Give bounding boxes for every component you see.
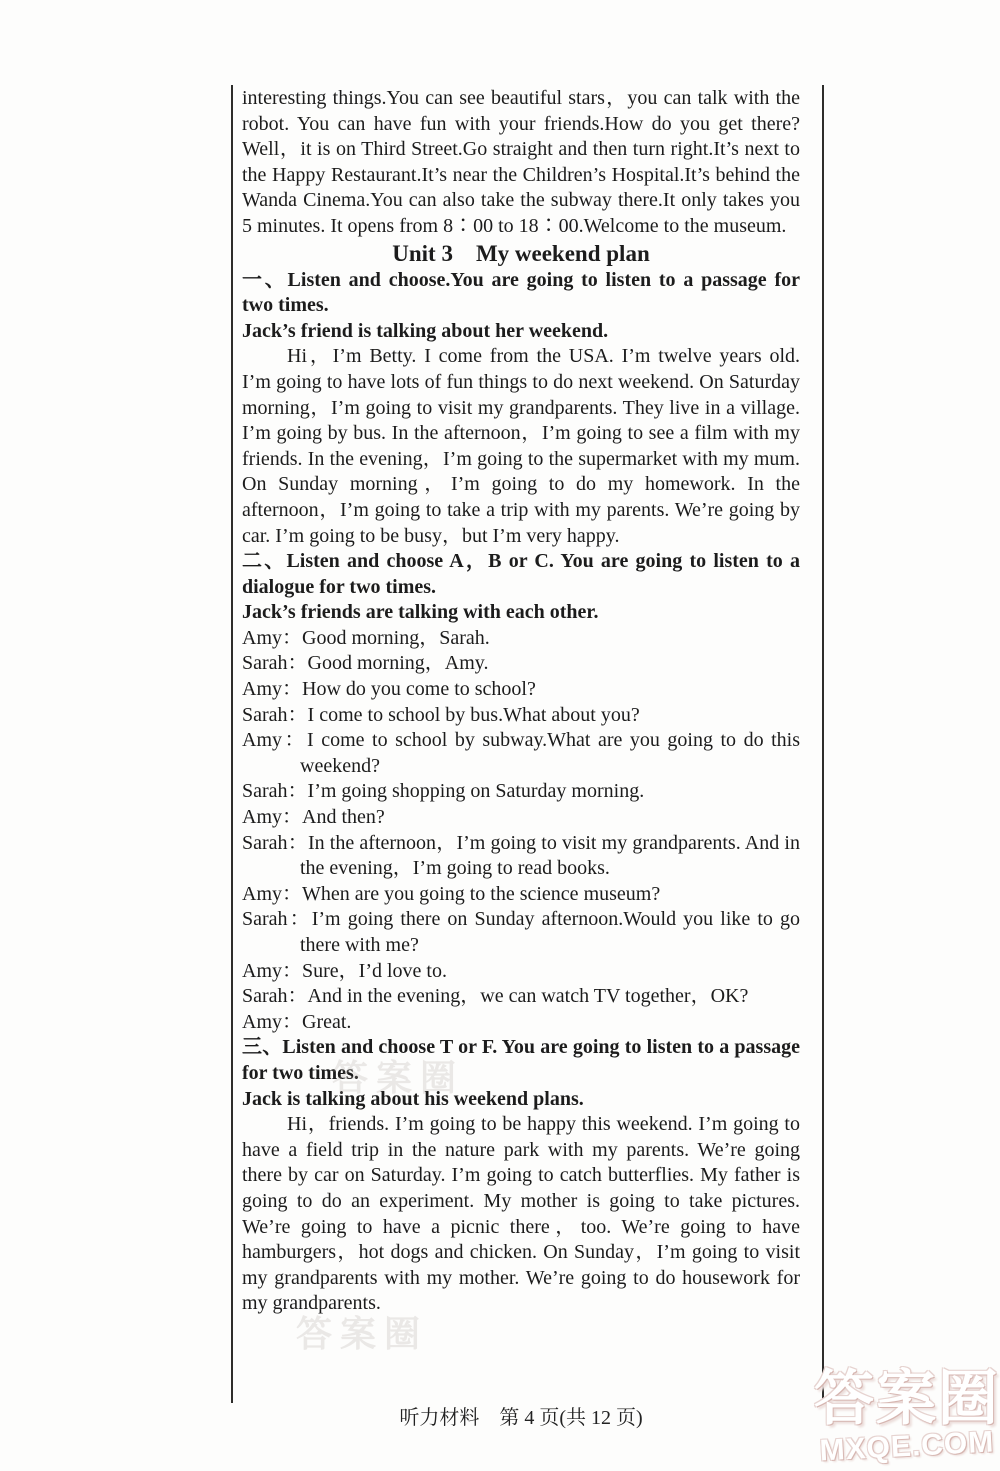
dialogue-text: I come to school by bus.What about you? — [308, 704, 640, 726]
dialogue-speaker: Sarah： — [242, 652, 308, 674]
section1-context: Jack’s friend is talking about her weeke… — [242, 319, 800, 345]
watermark-site-text: MXQE.COM — [811, 1425, 1000, 1469]
dialogue-text: I’m going there on Sunday afternoon.Woul… — [300, 908, 800, 956]
dialogue-speaker: Sarah： — [242, 780, 308, 802]
dialogue-text: And in the evening，we can watch TV toget… — [308, 985, 749, 1007]
text-column: interesting things.You can see beautiful… — [242, 86, 800, 1317]
dialogue-line: Sarah：And in the evening，we can watch TV… — [242, 984, 800, 1010]
site-watermark: 答案圈 MXQE.COM — [812, 1368, 1000, 1464]
dialogue-text: Good morning，Amy. — [308, 652, 489, 674]
right-column-rule — [822, 85, 824, 1403]
dialogue-line: Sarah：I’m going shopping on Saturday mor… — [242, 779, 800, 805]
section3-instruction: 三、Listen and choose T or F. You are goin… — [242, 1035, 800, 1086]
dialogue-line: Amy：And then? — [242, 805, 800, 831]
dialogue-speaker: Amy： — [242, 627, 302, 649]
dialogue-speaker: Sarah： — [242, 908, 312, 930]
dialogue-text: In the afternoon，I’m going to visit my g… — [300, 832, 800, 880]
section2-instruction: 二、Listen and choose A，B or C. You are go… — [242, 549, 800, 600]
dialogue-speaker: Sarah： — [242, 985, 308, 1007]
dialogue-line: Sarah：I’m going there on Sunday afternoo… — [242, 907, 800, 958]
section3-context: Jack is talking about his weekend plans. — [242, 1087, 800, 1113]
dialogue-line: Amy：Great. — [242, 1010, 800, 1036]
dialogue-line: Sarah：I come to school by bus.What about… — [242, 703, 800, 729]
section2-context: Jack’s friends are talking with each oth… — [242, 600, 800, 626]
dialogue-text: I come to school by subway.What are you … — [300, 729, 800, 777]
dialogue-speaker: Amy： — [242, 1011, 302, 1033]
dialogue-text: Good morning，Sarah. — [302, 627, 490, 649]
dialogue-line: Amy：Good morning，Sarah. — [242, 626, 800, 652]
dialogue-speaker: Sarah： — [242, 832, 308, 854]
dialogue-line: Amy：Sure，I’d love to. — [242, 959, 800, 985]
dialogue-line: Amy：I come to school by subway.What are … — [242, 728, 800, 779]
dialogue-line: Amy：How do you come to school? — [242, 677, 800, 703]
dialogue-text: When are you going to the science museum… — [302, 883, 660, 905]
left-column-rule — [231, 85, 233, 1403]
dialogue-line: Amy：When are you going to the science mu… — [242, 882, 800, 908]
dialogue-speaker: Amy： — [242, 729, 307, 751]
dialogue-speaker: Amy： — [242, 960, 302, 982]
section3-passage: Hi，friends. I’m going to be happy this w… — [242, 1112, 800, 1317]
dialogue-text: I’m going shopping on Saturday morning. — [308, 780, 645, 802]
section1-passage: Hi，I’m Betty. I come from the USA. I’m t… — [242, 344, 800, 549]
dialogue-text: Great. — [302, 1011, 351, 1033]
dialogue-line: Sarah：Good morning，Amy. — [242, 651, 800, 677]
dialogue-speaker: Amy： — [242, 806, 302, 828]
page-footer: 听力材料 第 4 页(共 12 页) — [242, 1401, 800, 1430]
unit-title: Unit 3 My weekend plan — [242, 240, 800, 268]
dialogue-speaker: Sarah： — [242, 704, 308, 726]
scanned-listening-material-page: { "page": { "continuation_paragraph": "i… — [0, 0, 1000, 1471]
dialogue-speaker: Amy： — [242, 883, 302, 905]
dialogue-block: Amy：Good morning，Sarah.Sarah：Good mornin… — [242, 626, 800, 1036]
dialogue-speaker: Amy： — [242, 678, 302, 700]
section1-instruction: 一、Listen and choose.You are going to lis… — [242, 268, 800, 319]
dialogue-text: Sure，I’d love to. — [302, 960, 447, 982]
dialogue-text: And then? — [302, 806, 385, 828]
watermark-brand-text: 答案圈 — [812, 1368, 1000, 1430]
dialogue-line: Sarah：In the afternoon，I’m going to visi… — [242, 831, 800, 882]
continuation-paragraph: interesting things.You can see beautiful… — [242, 86, 800, 240]
dialogue-text: How do you come to school? — [302, 678, 536, 700]
